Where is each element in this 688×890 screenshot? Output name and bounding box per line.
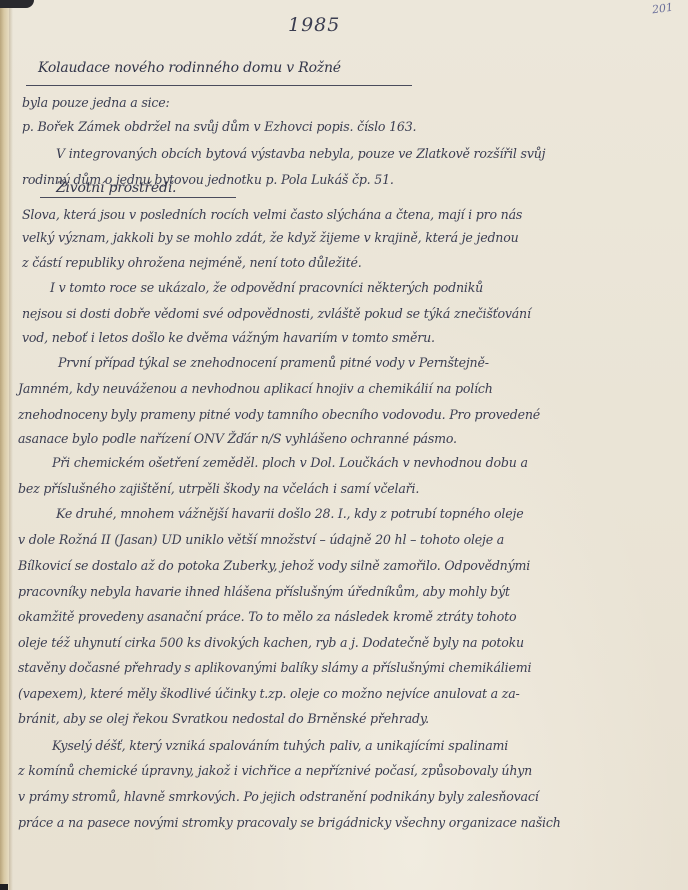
text-line: Ke druhé, mnohem vážnější havarii došlo … xyxy=(56,506,523,521)
heading-underline xyxy=(40,197,236,198)
page-number: 201 xyxy=(651,1,674,17)
text-line: (vapexem), které měly škodlivé účinky t.… xyxy=(18,686,520,701)
text-line: nejsou si dosti dobře vědomi své odpověd… xyxy=(22,306,531,321)
text-line: pracovníky nebyla havarie ihned hlášena … xyxy=(18,584,510,599)
text-line: První případ týkal se znehodnocení prame… xyxy=(58,355,489,370)
binding-shadow xyxy=(9,0,13,890)
text-line: Při chemickém ošetření zeměděl. ploch v … xyxy=(52,455,528,470)
text-line: velký význam, jakkoli by se mohlo zdát, … xyxy=(22,230,519,245)
book-binding-edge xyxy=(0,0,9,890)
section-heading-zivotni-prostredi: Životní prostředí. xyxy=(56,180,176,196)
text-line: z komínů chemické úpravny, jakož i vichř… xyxy=(18,763,532,778)
heading-underline xyxy=(26,85,412,86)
text-line: byla pouze jedna a sice: xyxy=(22,95,170,110)
section-heading-kolaudace: Kolaudace nového rodinného domu v Rožné xyxy=(38,60,341,76)
text-line: z částí republiky ohrožena nejméně, není… xyxy=(22,255,362,270)
text-line: V integrovaných obcích bytová výstavba n… xyxy=(56,146,545,161)
text-line: v prámy stromů, hlavně smrkových. Po jej… xyxy=(18,789,539,804)
text-line: stavěny dočasné přehrady s aplikovanými … xyxy=(18,660,531,675)
text-line: Jamném, kdy neuváženou a nevhodnou aplik… xyxy=(18,381,493,396)
text-line: p. Bořek Zámek obdržel na svůj dům v Ezh… xyxy=(22,119,416,134)
chronicle-page: 201 1985 Kolaudace nového rodinného domu… xyxy=(0,0,688,890)
book-cover-corner-bottom xyxy=(0,884,8,890)
year-heading: 1985 xyxy=(288,14,340,36)
text-line: bez příslušného zajištění, utrpěli škody… xyxy=(18,481,419,496)
text-line: vod, neboť i letos došlo ke dvěma vážným… xyxy=(22,330,435,345)
text-line: v dole Rožná II (Jasan) UD uniklo větší … xyxy=(18,532,504,547)
text-line: oleje též uhynutí cirka 500 ks divokých … xyxy=(18,635,524,650)
text-line: okamžitě provedeny asanační práce. To to… xyxy=(18,609,516,624)
text-line: práce a na pasece novými stromky pracova… xyxy=(18,815,561,830)
book-cover-corner xyxy=(0,0,34,8)
text-line: Slova, která jsou v posledních rocích ve… xyxy=(22,207,522,222)
text-line: Bílkovicí se dostalo až do potoka Zuberk… xyxy=(18,558,530,573)
text-line: asanace bylo podle nařízení ONV Žďár n/S… xyxy=(18,431,457,446)
text-line: bránit, aby se olej řekou Svratkou nedos… xyxy=(18,711,429,726)
text-line: I v tomto roce se ukázalo, že odpovědní … xyxy=(50,280,483,295)
text-line: Kyselý déšť, který vzniká spalováním tuh… xyxy=(52,738,508,753)
text-line: znehodnoceny byly prameny pitné vody tam… xyxy=(18,407,540,422)
